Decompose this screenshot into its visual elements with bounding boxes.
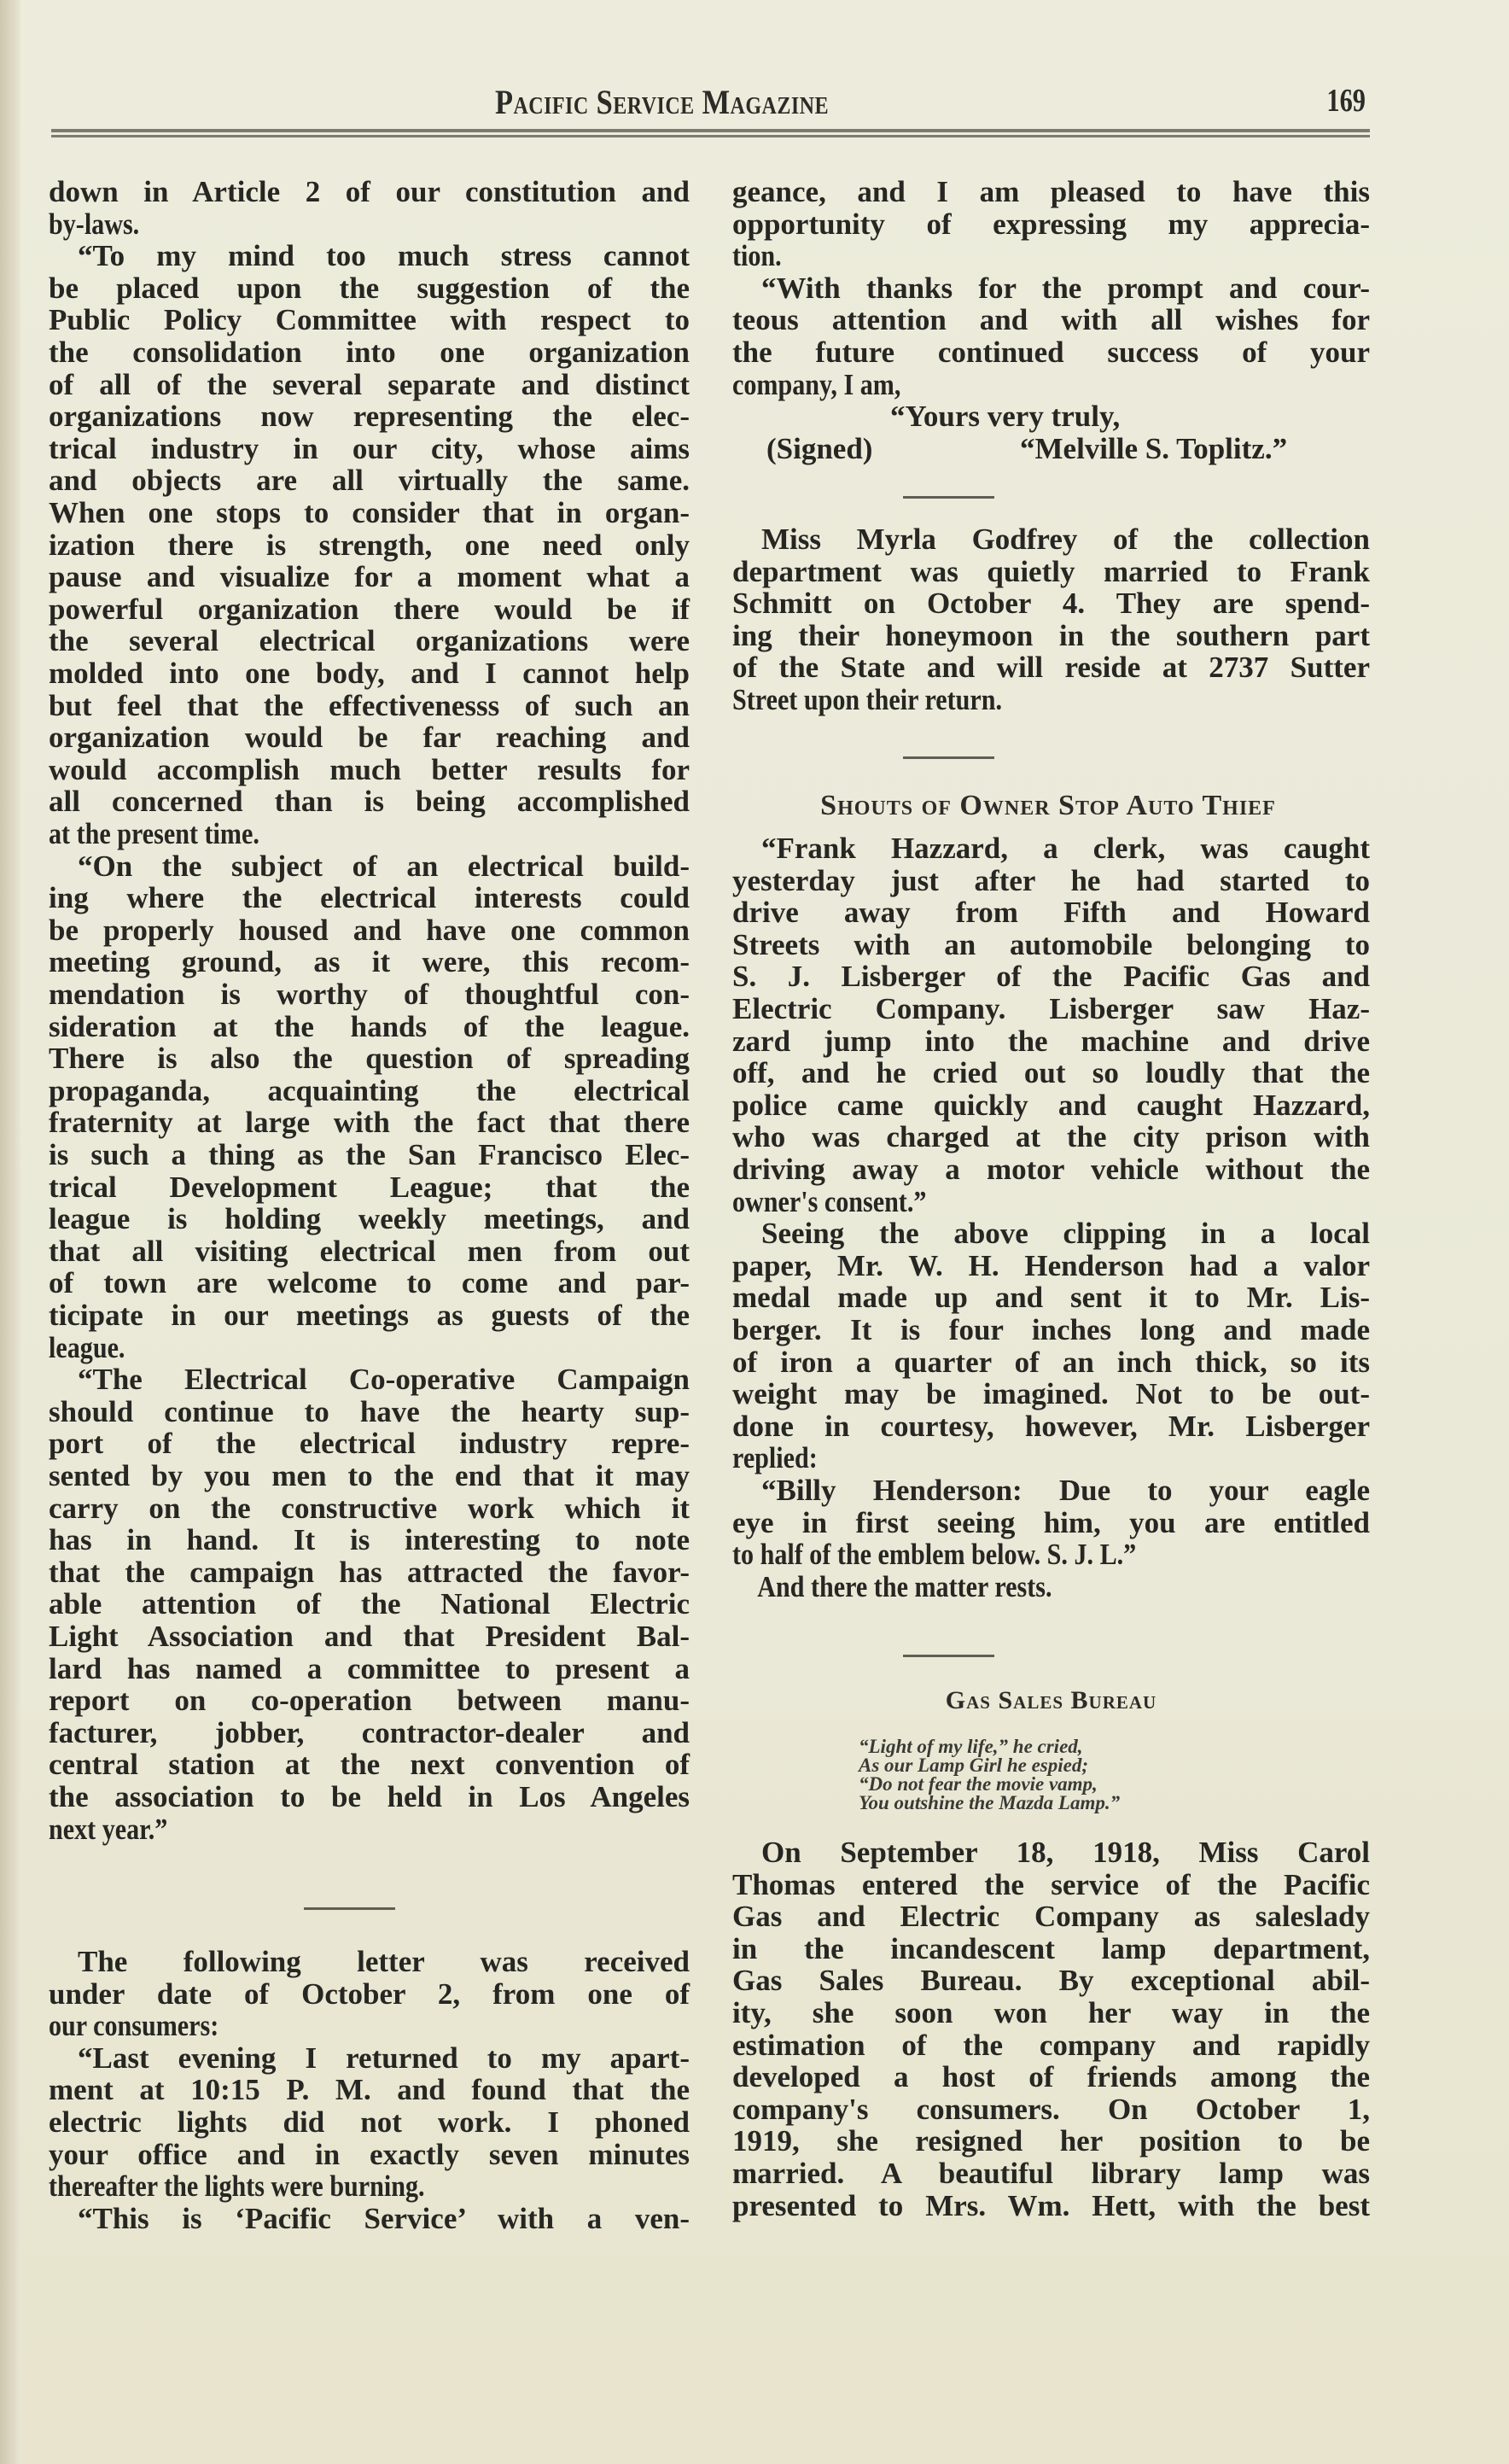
- text-line: our consumers:: [49, 2010, 690, 2042]
- poem-line: “Do not fear the movie vamp,: [859, 1775, 1120, 1794]
- text-line: tion.: [732, 240, 1370, 272]
- text-line: of town are welcome to come and par-: [49, 1267, 690, 1299]
- text-line: under date of October 2, from one of: [49, 1978, 690, 2011]
- text-line: police came quickly and caught Hazzard,: [732, 1089, 1370, 1122]
- text-line: your office and in exactly seven minutes: [49, 2139, 690, 2171]
- section-separator: [903, 756, 994, 759]
- text-line: Miss Myrla Godfrey of the collection: [732, 523, 1370, 556]
- section-separator: [903, 496, 994, 499]
- text-line: facturer, jobber, contractor-dealer and: [49, 1717, 690, 1749]
- text-line: owner's consent.”: [732, 1186, 1370, 1218]
- text-line: pause and visualize for a moment what a: [49, 561, 690, 593]
- text-line: ity, she soon won her way in the: [732, 1997, 1370, 2029]
- text-line: league.: [49, 1332, 690, 1364]
- poem-line: You outshine the Mazda Lamp.”: [859, 1794, 1120, 1813]
- text-line: Streets with an automobile belonging to: [732, 929, 1370, 961]
- text-line: trical industry in our city, whose aims: [49, 433, 690, 465]
- text-line: by-laws.: [49, 208, 690, 241]
- text-line: that all visiting electrical men from ou…: [49, 1235, 690, 1268]
- text-line: “To my mind too much stress cannot: [49, 240, 690, 272]
- text-line: Schmitt on October 4. They are spend-: [732, 587, 1370, 620]
- text-line: Gas Sales Bureau. By exceptional abil-: [732, 1965, 1370, 1997]
- text-line: On September 18, 1918, Miss Carol: [732, 1836, 1370, 1869]
- text-line: lard has named a committee to present a: [49, 1653, 690, 1685]
- text-line: should continue to have the hearty sup-: [49, 1396, 690, 1428]
- text-line: the future continued success of your: [732, 336, 1370, 369]
- text-line: of the State and will reside at 2737 Sut…: [732, 651, 1370, 684]
- text-line: done in courtesy, however, Mr. Lisberger: [732, 1410, 1370, 1443]
- header-rule-bottom: [51, 135, 1370, 137]
- text-line: paper, Mr. W. H. Henderson had a valor: [732, 1250, 1370, 1282]
- text-line: Gas and Electric Company as saleslady: [732, 1901, 1370, 1933]
- poem-line: As our Lamp Girl he espied;: [859, 1756, 1120, 1775]
- poem-line: “Light of my life,” he cried,: [859, 1737, 1120, 1756]
- signed-label: (Signed): [766, 433, 872, 465]
- text-line: department was quietly married to Frank: [732, 556, 1370, 588]
- text-line: ing where the electrical interests could: [49, 882, 690, 914]
- text-line: electric lights did not work. I phoned: [49, 2106, 690, 2139]
- text-line: organizations now representing the elec-: [49, 400, 690, 433]
- text-line: molded into one body, and I cannot help: [49, 657, 690, 690]
- text-line: “On the subject of an electrical build-: [49, 850, 690, 883]
- gas-sales-heading: Gas Sales Bureau: [732, 1686, 1370, 1715]
- text-line: ticipate in our meetings as guests of th…: [49, 1299, 690, 1332]
- text-line: able attention of the National Electric: [49, 1588, 690, 1620]
- text-line: ment at 10:15 P. M. and found that the: [49, 2074, 690, 2106]
- text-line: off, and he cried out so loudly that the: [732, 1057, 1370, 1089]
- text-line: “Billy Henderson: Due to your eagle: [732, 1474, 1370, 1507]
- text-line: teous attention and with all wishes for: [732, 304, 1370, 336]
- text-line: estimation of the company and rapidly: [732, 2029, 1370, 2062]
- text-line: trical Development League; that the: [49, 1171, 690, 1204]
- page-number: 169: [1325, 82, 1366, 123]
- text-line: at the present time.: [49, 818, 690, 850]
- section-separator: [304, 1907, 395, 1910]
- text-line: next year.”: [49, 1813, 690, 1846]
- text-line: drive away from Fifth and Howard: [732, 896, 1370, 929]
- text-line: meeting ground, as it were, this recom-: [49, 946, 690, 978]
- text-line: medal made up and sent it to Mr. Lis-: [732, 1282, 1370, 1314]
- text-line: port of the electrical industry repre-: [49, 1428, 690, 1460]
- text-line: carry on the constructive work which it: [49, 1492, 690, 1525]
- text-line: Thomas entered the service of the Pacifi…: [732, 1869, 1370, 1901]
- page-binding-edge: [0, 0, 20, 2464]
- text-line: mendation is worthy of thoughtful con-: [49, 978, 690, 1011]
- text-line: league is holding weekly meetings, and: [49, 1203, 690, 1235]
- text-line: There is also the question of spreading: [49, 1042, 690, 1075]
- text-line: be properly housed and have one common: [49, 914, 690, 947]
- text-line: geance, and I am pleased to have this: [732, 176, 1370, 208]
- text-line: yesterday just after he had started to: [732, 865, 1370, 897]
- text-line: who was charged at the city prison with: [732, 1121, 1370, 1153]
- text-line: central station at the next convention o…: [49, 1749, 690, 1781]
- text-line: organization would be far reaching and: [49, 721, 690, 754]
- text-line: opportunity of expressing my apprecia-: [732, 208, 1370, 241]
- text-line: the association to be held in Los Angele…: [49, 1781, 690, 1813]
- text-line: fraternity at large with the fact that t…: [49, 1106, 690, 1139]
- text-line: the several electrical organizations wer…: [49, 625, 690, 657]
- lamp-girl-poem: “Light of my life,” he cried, As our Lam…: [859, 1737, 1120, 1813]
- section-separator: [903, 1655, 994, 1657]
- text-line: all concerned than is being accomplished: [49, 785, 690, 818]
- text-line: the consolidation into one organization: [49, 336, 690, 369]
- text-line: sideration at the hands of the league.: [49, 1011, 690, 1043]
- text-line: Electric Company. Lisberger saw Haz-: [732, 993, 1370, 1025]
- text-line: “Frank Hazzard, a clerk, was caught: [732, 832, 1370, 865]
- text-line: but feel that the effectivenesss of such…: [49, 690, 690, 722]
- text-line: Light Association and that President Bal…: [49, 1620, 690, 1653]
- letter-closing: “Yours very truly,: [890, 400, 1120, 433]
- header-rule-top: [51, 129, 1370, 132]
- text-line: “The Electrical Co-operative Campaign: [49, 1363, 690, 1396]
- text-line: Street upon their return.: [732, 684, 1370, 716]
- text-line: S. J. Lisberger of the Pacific Gas and: [732, 960, 1370, 993]
- text-line: be placed upon the suggestion of the: [49, 272, 690, 305]
- text-line: ization there is strength, one need only: [49, 529, 690, 562]
- text-line: propaganda, acquainting the electrical: [49, 1075, 690, 1107]
- text-line: weight may be imagined. Not to be out-: [732, 1378, 1370, 1410]
- text-line: eye in first seeing him, you are entitle…: [732, 1507, 1370, 1539]
- text-line: powerful organization there would be if: [49, 593, 690, 626]
- letter-signature: “Melville S. Toplitz.”: [1020, 433, 1287, 465]
- text-line: report on co-operation between manu-: [49, 1685, 690, 1717]
- text-line: driving away a motor vehicle without the: [732, 1153, 1370, 1186]
- text-line: ing their honeymoon in the southern part: [732, 620, 1370, 652]
- text-line: sented by you men to the end that it may: [49, 1460, 690, 1492]
- text-line: zard jump into the machine and drive: [732, 1025, 1370, 1058]
- text-line: of all of the several separate and disti…: [49, 369, 690, 401]
- text-line: developed a host of friends among the: [732, 2061, 1370, 2093]
- text-line: And there the matter rests.: [732, 1571, 1370, 1603]
- text-line: married. A beautiful library lamp was: [732, 2157, 1370, 2190]
- text-line: has in hand. It is interesting to note: [49, 1524, 690, 1556]
- text-line: When one stops to consider that in organ…: [49, 497, 690, 529]
- text-line: thereafter the lights were burning.: [49, 2170, 690, 2203]
- text-line: company's consumers. On October 1,: [732, 2093, 1370, 2126]
- text-line: presented to Mrs. Wm. Hett, with the bes…: [732, 2190, 1370, 2222]
- running-head-title: Pacific Service Magazine: [495, 82, 870, 123]
- text-line: in the incandescent lamp department,: [732, 1933, 1370, 1965]
- text-line: The following letter was received: [49, 1946, 690, 1978]
- text-line: and objects are all virtually the same.: [49, 464, 690, 497]
- text-line: company, I am,: [732, 369, 1370, 401]
- text-line: of iron a quarter of an inch thick, so i…: [732, 1346, 1370, 1379]
- text-line: is such a thing as the San Francisco Ele…: [49, 1139, 690, 1171]
- text-line: “Last evening I returned to my apart-: [49, 2042, 690, 2075]
- text-line: would accomplish much better results for: [49, 754, 690, 786]
- text-line: “This is ‘Pacific Service’ with a ven-: [49, 2203, 690, 2235]
- text-line: berger. It is four inches long and made: [732, 1314, 1370, 1346]
- text-line: “With thanks for the prompt and cour-: [732, 272, 1370, 305]
- text-line: replied:: [732, 1442, 1370, 1474]
- text-line: that the campaign has attracted the favo…: [49, 1556, 690, 1589]
- text-line: Public Policy Committee with respect to: [49, 304, 690, 336]
- text-line: 1919, she resigned her position to be: [732, 2125, 1370, 2157]
- text-line: down in Article 2 of our constitution an…: [49, 176, 690, 208]
- text-line: to half of the emblem below. S. J. L.”: [732, 1539, 1370, 1571]
- text-line: Seeing the above clipping in a local: [732, 1217, 1370, 1250]
- auto-thief-heading: Shouts of Owner Stop Auto Thief: [758, 790, 1338, 822]
